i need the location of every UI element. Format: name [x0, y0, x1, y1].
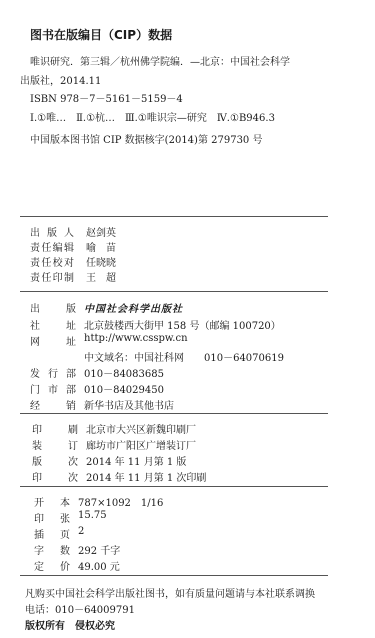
publisher-label: 出版: [30, 300, 76, 315]
staff-label: 责任校对: [30, 254, 74, 269]
staff-row: 出版人赵剑英: [30, 224, 116, 239]
publisher-row: 网址http://www.csspw.cn: [30, 333, 188, 348]
cip-isbn: ISBN 978－7－5161－5159－4: [30, 90, 183, 105]
publisher-row: 出版中国社会科学出版社: [30, 300, 183, 315]
printing-label: 装订: [32, 437, 78, 452]
publisher-value: 中文域名：中国社科网 010－64070619: [84, 349, 284, 364]
printing-row: 印刷北京市大兴区新魏印刷厂: [32, 421, 196, 436]
printing-label: 版次: [32, 453, 78, 468]
staff-value: 赵剑英: [86, 224, 116, 239]
publisher-label: 经销: [30, 397, 76, 412]
footer-rights: 版权所有 侵权必究: [25, 617, 115, 632]
publisher-row: 社址北京鼓楼西大街甲 158 号（邮编 100720）: [30, 317, 281, 332]
divider: [20, 216, 328, 217]
staff-row: 责任印制王 超: [30, 269, 116, 284]
spec-label: 定价: [34, 558, 70, 573]
footer-notice: 凡购买中国社会科学出版社图书，如有质量问题请与本社联系调换: [25, 585, 315, 600]
spec-row: 插页2: [34, 526, 84, 541]
cip-record: 中国版本图书馆 CIP 数据核字(2014)第 279730 号: [30, 131, 262, 146]
spec-value: 787×1092 1/16: [78, 494, 163, 509]
publisher-value: 010－84083685: [84, 365, 164, 380]
publisher-row: 经销新华书店及其他书店: [30, 397, 174, 412]
staff-row: 责任编辑喻 苗: [30, 239, 116, 254]
publisher-label: 社址: [30, 317, 76, 332]
publisher-row: 发行部010－84083685: [30, 365, 164, 380]
publisher-label: 发行部: [30, 365, 76, 380]
publisher-label: 门市部: [30, 381, 76, 396]
divider: [20, 291, 328, 292]
divider: [20, 575, 328, 576]
footer-phone: 电话：010－64009791: [25, 601, 135, 616]
divider: [20, 413, 328, 414]
spec-row: 印张15.75: [34, 510, 107, 525]
staff-row: 责任校对任晓晓: [30, 254, 116, 269]
publisher-url: http://www.csspw.cn: [84, 333, 188, 348]
printing-label: 印刷: [32, 421, 78, 436]
staff-label: 责任印制: [30, 269, 74, 284]
spec-label: 字数: [34, 542, 70, 557]
spec-value: 2: [78, 526, 84, 541]
cip-line-1: 唯识研究．第三辑／杭州佛学院编．—北京：中国社会科学: [30, 53, 290, 68]
cip-line-2: 出版社，2014.11: [20, 72, 101, 87]
staff-value: 王 超: [86, 269, 116, 284]
spec-row: 定价49.00 元: [34, 558, 120, 573]
spec-row: 开本787×1092 1/16: [34, 494, 163, 509]
spec-label: 开本: [34, 494, 70, 509]
printing-value: 2014 年 11 月第 1 次印刷: [86, 469, 206, 484]
spec-label: 印张: [34, 510, 70, 525]
divider: [20, 486, 328, 487]
publisher-label: [30, 349, 76, 364]
printing-row: 装订廊坊市广阳区广增装订厂: [32, 437, 196, 452]
printing-label: 印次: [32, 469, 78, 484]
publisher-label: 网址: [30, 333, 76, 348]
publisher-value: 010－84029450: [84, 381, 164, 396]
spec-row: 字数292 千字: [34, 542, 120, 557]
publisher-row: 中文域名：中国社科网 010－64070619: [30, 349, 284, 364]
printing-row: 印次2014 年 11 月第 1 次印刷: [32, 469, 206, 484]
spec-value: 15.75: [78, 510, 107, 525]
staff-value: 任晓晓: [86, 254, 116, 269]
publisher-logo-text: 中国社会科学出版社: [84, 300, 183, 315]
printing-value: 廊坊市广阳区广增装订厂: [86, 437, 196, 452]
publisher-value: 新华书店及其他书店: [84, 397, 174, 412]
cip-classification: Ⅰ.①唯… Ⅱ.①杭… Ⅲ.①唯识宗—研究 Ⅳ.①B946.3: [30, 109, 275, 124]
spec-label: 插页: [34, 526, 70, 541]
spec-value: 292 千字: [78, 542, 120, 557]
staff-label: 出版人: [30, 224, 74, 239]
printing-value: 北京市大兴区新魏印刷厂: [86, 421, 196, 436]
printing-row: 版次2014 年 11 月第 1 版: [32, 453, 186, 468]
printing-value: 2014 年 11 月第 1 版: [86, 453, 186, 468]
publisher-row: 门市部010－84029450: [30, 381, 164, 396]
spec-value: 49.00 元: [78, 558, 120, 573]
staff-value: 喻 苗: [86, 239, 116, 254]
publisher-value: 北京鼓楼西大街甲 158 号（邮编 100720）: [84, 317, 281, 332]
staff-label: 责任编辑: [30, 239, 74, 254]
cip-title: 图书在版编目（CIP）数据: [30, 26, 172, 43]
